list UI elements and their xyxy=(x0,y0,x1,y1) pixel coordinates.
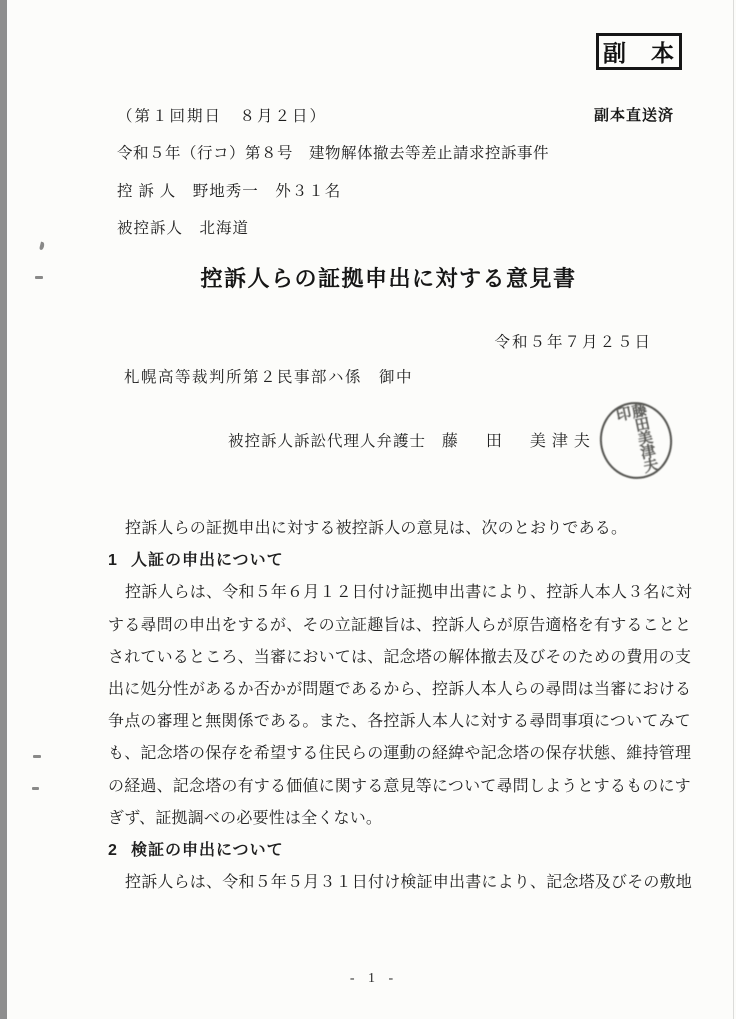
section2-line: 控訴人らは、令和５年５月３１日付け検証申出書により、記念塔及びその敷地 xyxy=(108,873,664,905)
scanned-court-document-page: 副 本 副本直送済 （第１回期日 ８月２日） 令和５年（行コ）第８号 建物解体撤… xyxy=(0,0,736,1019)
scan-artifact xyxy=(39,242,45,251)
scan-artifact xyxy=(33,755,41,758)
hearing-date-line: （第１回期日 ８月２日） xyxy=(117,104,327,126)
document-body: 控訴人らの証拠申出に対する被控訴人の意見は、次のとおりである。 1人証の申出につ… xyxy=(108,519,664,905)
copy-stamp-label: 副 本 xyxy=(603,35,675,68)
scan-edge-strip xyxy=(0,0,7,1019)
section1-line: 控訴人らは、令和５年６月１２日付け証拠申出書により、控訴人本人３名に対 xyxy=(108,583,664,615)
attorney-seal-text: 藤田美津夫印 xyxy=(613,401,659,479)
section1-line: ぎず、証拠調べの必要性は全くない。 xyxy=(108,809,664,841)
document-title: 控訴人らの証拠申出に対する意見書 xyxy=(41,262,736,293)
attorney-seal-stamp: 藤田美津夫印 xyxy=(593,395,679,485)
section1-line: する尋問の申出をするが、その立証趣旨は、控訴人らが原告適格を有することと xyxy=(108,616,664,648)
attorney-role-label: 被控訴人訴訟代理人弁護士 xyxy=(228,433,426,450)
section2-heading: 2検証の申出について xyxy=(108,841,664,873)
copy-sent-note: 副本直送済 xyxy=(594,104,674,125)
attorney-name: 藤 田 美津夫 xyxy=(442,433,596,450)
signature-row: 被控訴人訴訟代理人弁護士 藤 田 美津夫 xyxy=(228,428,596,451)
section1-line: も、記念塔の保存を希望する住民らの運動の経緯や記念塔の保存状態、維持管理 xyxy=(108,744,664,776)
section1-heading: 1人証の申出について xyxy=(108,551,664,583)
document-date: 令和５年７月２５日 xyxy=(494,330,652,352)
body-intro-line: 控訴人らの証拠申出に対する被控訴人の意見は、次のとおりである。 xyxy=(108,519,664,551)
scan-edge-line xyxy=(733,0,734,1019)
section1-line: されているところ、当審においては、記念塔の解体撤去及びそのための費用の支 xyxy=(108,648,664,680)
section1-number: 1 xyxy=(108,551,118,571)
scan-artifact xyxy=(32,787,39,790)
section1-line: 争点の審理と無関係である。また、各控訴人本人に対する尋問事項についてみて xyxy=(108,712,664,744)
section1-heading-label: 人証の申出について xyxy=(131,552,284,569)
copy-stamp-box: 副 本 xyxy=(596,33,682,70)
appellee-line: 被控訴人 北海道 xyxy=(117,216,249,238)
addressee-court-line: 札幌高等裁判所第２民事部ハ係 御中 xyxy=(124,365,413,387)
page-number: - 1 - xyxy=(12,971,736,987)
section2-heading-label: 検証の申出について xyxy=(131,842,284,859)
appellant-line: 控 訴 人 野地秀一 外３１名 xyxy=(117,179,341,201)
section1-line: 出に処分性があるか否かが問題であるから、控訴人本人らの尋問は当審における xyxy=(108,680,664,712)
case-number-line: 令和５年（行コ）第８号 建物解体撤去等差止請求控訴事件 xyxy=(117,141,549,163)
section1-line: の経過、記念塔の有する価値に関する意見等について尋問しようとするものにす xyxy=(108,777,664,809)
section2-number: 2 xyxy=(108,841,118,861)
